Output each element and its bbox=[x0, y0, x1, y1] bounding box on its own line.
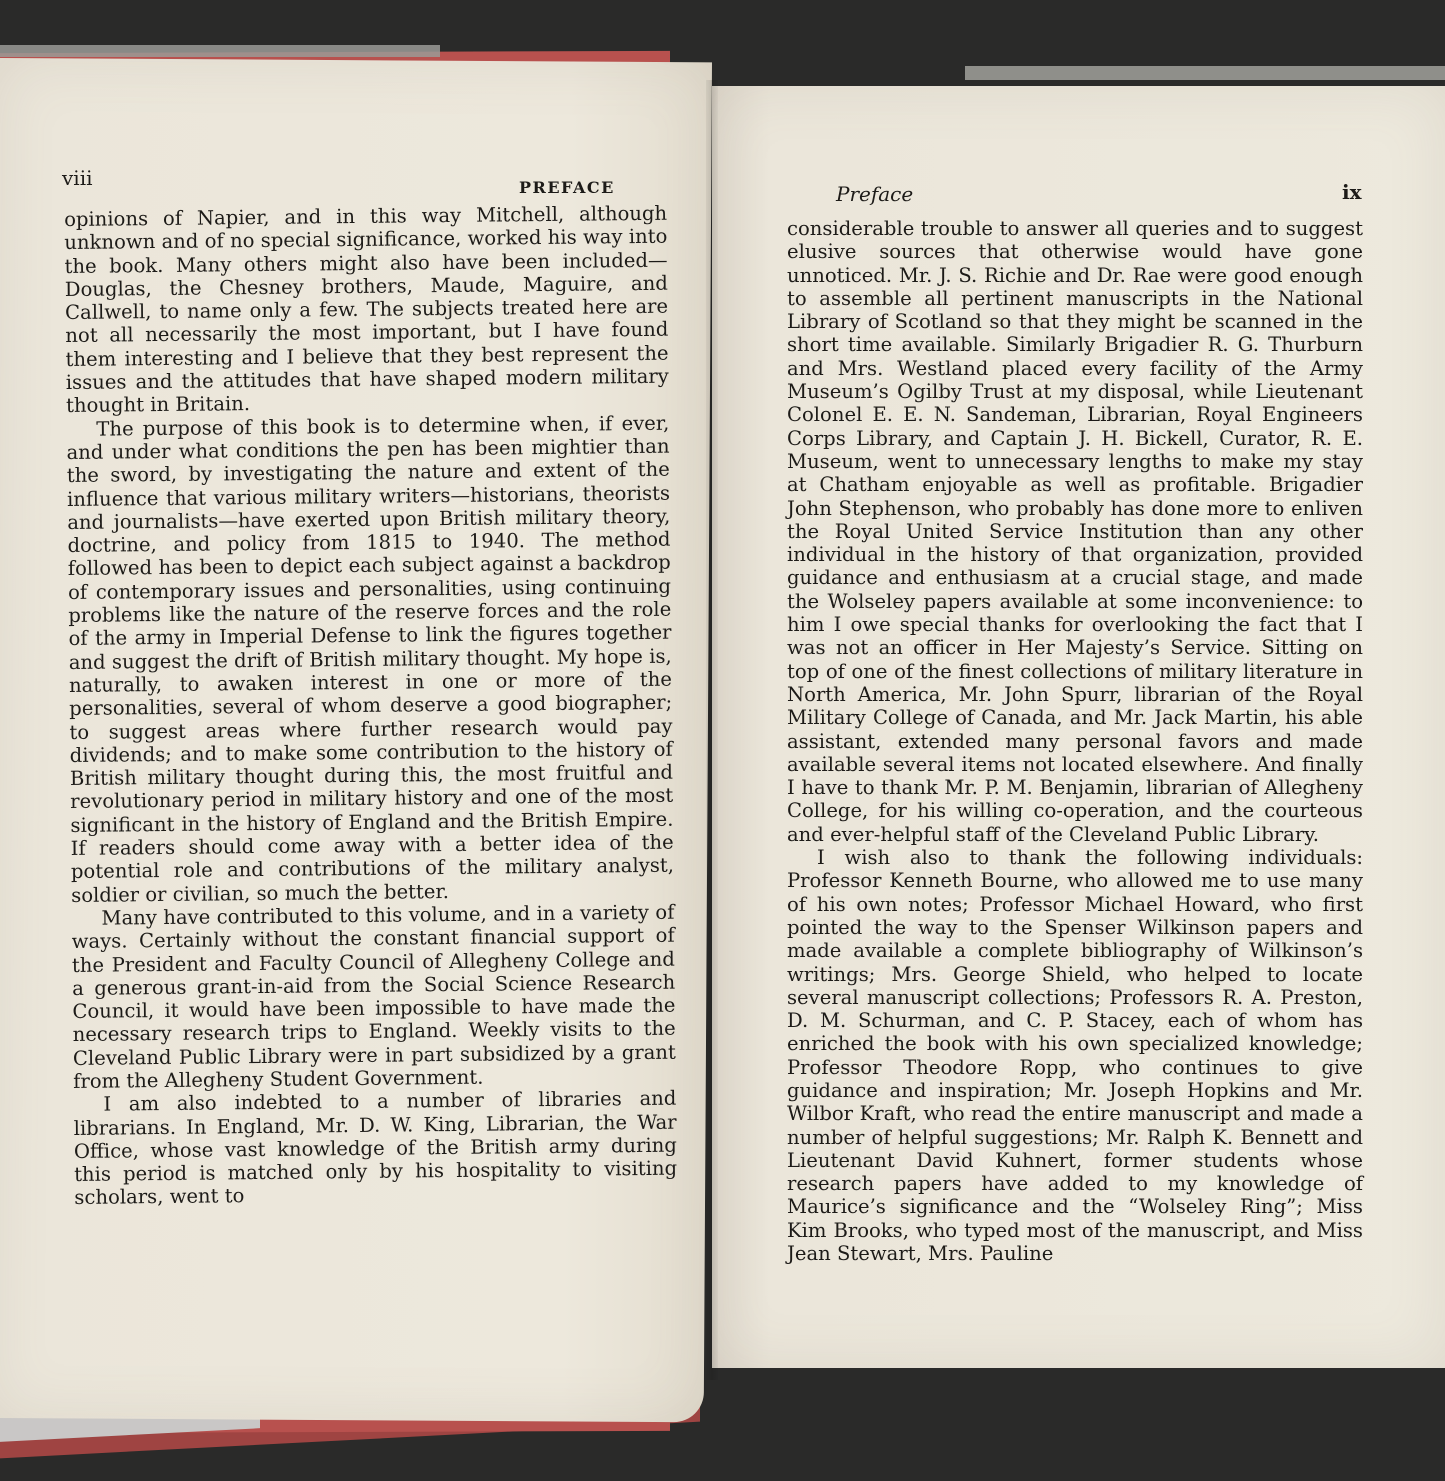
paragraph: opinions of Napier, and in this way Mitc… bbox=[64, 202, 669, 418]
book-gutter bbox=[706, 80, 718, 1380]
right-page-body: considerable trouble to answer all queri… bbox=[787, 217, 1363, 1265]
paragraph: The purpose of this book is to determine… bbox=[66, 411, 674, 907]
running-head-right: Preface bbox=[836, 182, 913, 206]
page-number-right: ix bbox=[1342, 180, 1362, 204]
paragraph: Many have contributed to this volume, an… bbox=[71, 901, 676, 1094]
book-jacket-edge-right bbox=[965, 66, 1445, 80]
paragraph: I wish also to thank the following indiv… bbox=[787, 846, 1363, 1265]
left-page-body: opinions of Napier, and in this way Mitc… bbox=[64, 202, 677, 1210]
paragraph: I am also indebted to a number of librar… bbox=[73, 1087, 677, 1210]
book-jacket-edge bbox=[0, 45, 440, 57]
paragraph: considerable trouble to answer all queri… bbox=[787, 217, 1363, 846]
page-number-left: viii bbox=[62, 166, 93, 190]
running-head-left: PREFACE bbox=[519, 178, 615, 197]
